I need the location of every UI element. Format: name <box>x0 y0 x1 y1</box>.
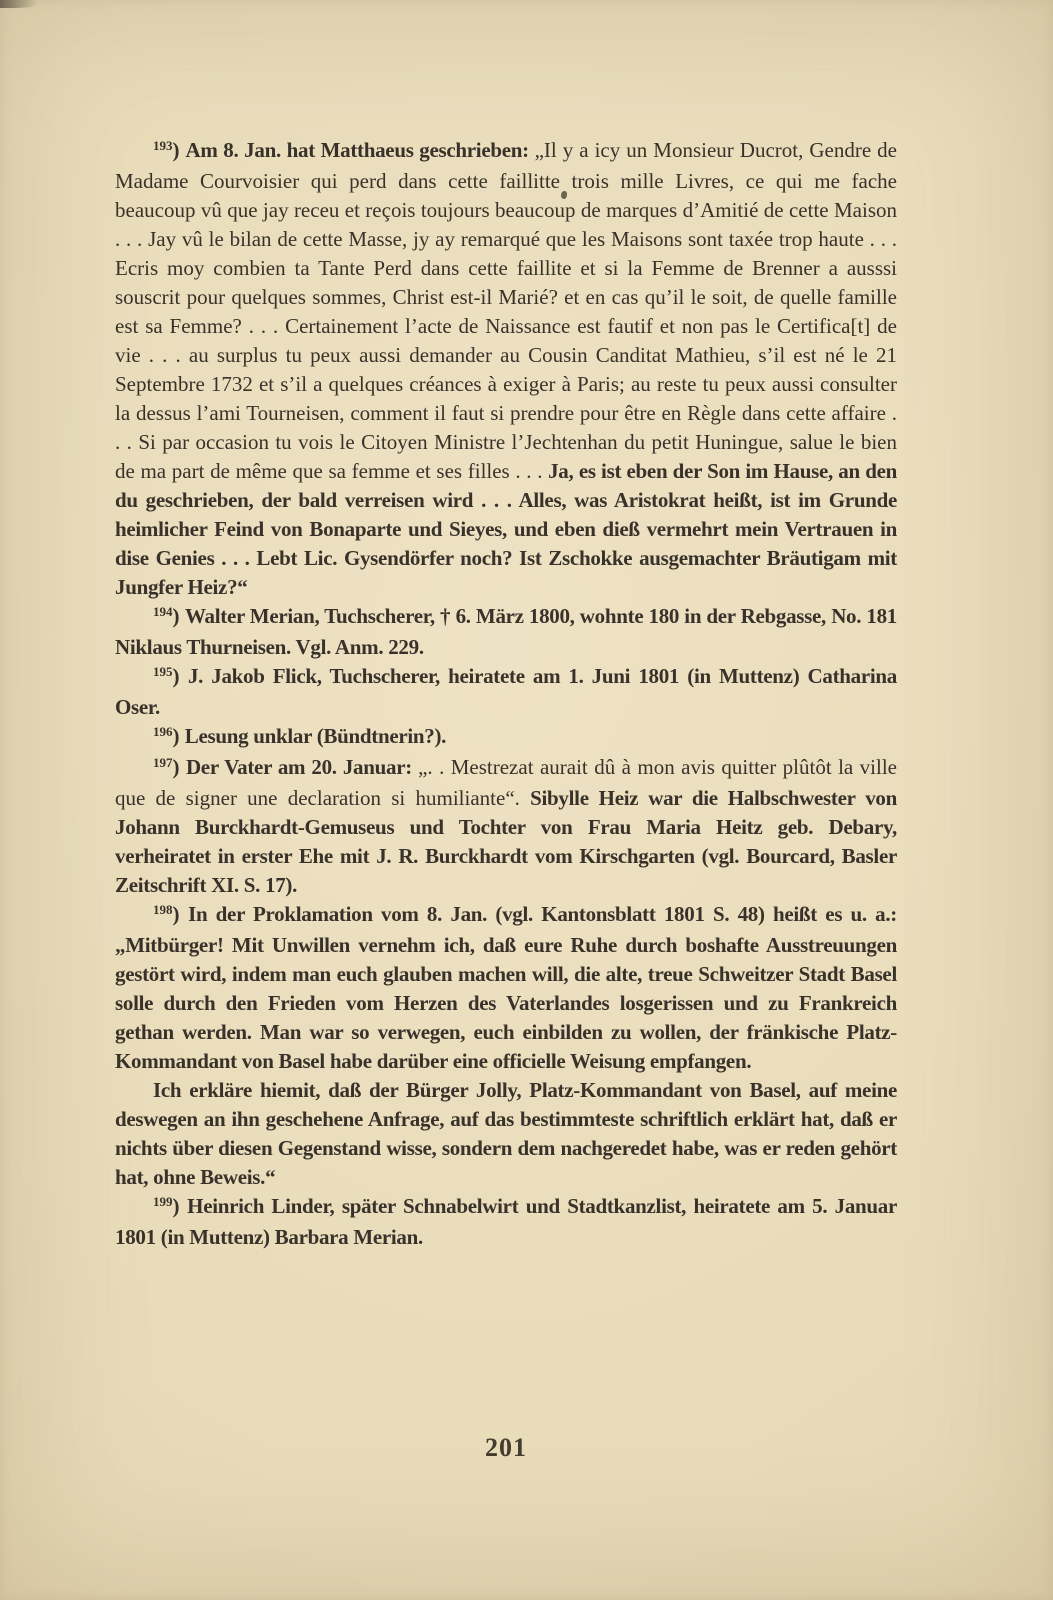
footnote-paren: ) <box>173 664 180 688</box>
footnote-number: 193 <box>153 138 173 153</box>
footnote-text-fraktur: J. Jakob Flick, Tuchscherer, heiratete a… <box>115 664 897 719</box>
footnote-paren: ) <box>173 604 180 628</box>
footnote-197: 197) Der Vater am 20. Januar: „. . Mestr… <box>115 753 897 900</box>
footnote-number: 195 <box>153 664 173 679</box>
footnote-paren: ) <box>173 1194 180 1218</box>
footnote-text-fraktur: Am 8. Jan. hat Matthaeus geschrieben: <box>186 138 535 162</box>
footnote-text-fraktur: Ich erkläre hiemit, daß der Bürger Jolly… <box>115 1078 897 1189</box>
footnote-text-fraktur: Walter Merian, Tuchscherer, † 6. März 18… <box>115 604 897 659</box>
footnote-number: 196 <box>153 724 173 739</box>
scanned-book-page: 193) Am 8. Jan. hat Matthaeus geschriebe… <box>0 0 1053 1600</box>
footnote-number: 194 <box>153 604 173 619</box>
footnote-text-fraktur: Der Vater am 20. Januar: <box>186 755 418 779</box>
footnote-198-continuation: Ich erkläre hiemit, daß der Bürger Jolly… <box>115 1076 897 1192</box>
footnote-number: 198 <box>153 902 173 917</box>
footnote-paren: ) <box>173 902 180 926</box>
footnote-text-fraktur: Lesung unklar (Bündtnerin?). <box>185 724 446 748</box>
footnote-paren: ) <box>173 724 180 748</box>
page-number: 201 <box>115 1433 897 1463</box>
scan-corner-shadow <box>0 0 38 8</box>
footnote-text-fraktur: Heinrich Linder, später Schnabelwirt und… <box>115 1194 897 1249</box>
footnote-199: 199) Heinrich Linder, später Schnabelwir… <box>115 1192 897 1252</box>
footnote-text-fraktur: In der Proklamation vom 8. Jan. (vgl. Ka… <box>115 902 897 1073</box>
footnote-198: 198) In der Proklamation vom 8. Jan. (vg… <box>115 900 897 1076</box>
footnote-number: 199 <box>153 1194 173 1209</box>
footnote-196: 196) Lesung unklar (Bündtnerin?). <box>115 722 897 753</box>
footnote-paren: ) <box>173 138 180 162</box>
footnote-194: 194) Walter Merian, Tuchscherer, † 6. Mä… <box>115 602 897 662</box>
footnote-text-antiqua: „Il y a icy un Monsieur Ducrot, Gendre d… <box>115 138 897 483</box>
footnote-number: 197 <box>153 755 173 770</box>
footnote-195: 195) J. Jakob Flick, Tuchscherer, heirat… <box>115 662 897 722</box>
footnote-paren: ) <box>173 755 180 779</box>
footnotes-block: 193) Am 8. Jan. hat Matthaeus geschriebe… <box>115 136 897 1252</box>
footnote-193: 193) Am 8. Jan. hat Matthaeus geschriebe… <box>115 136 897 602</box>
